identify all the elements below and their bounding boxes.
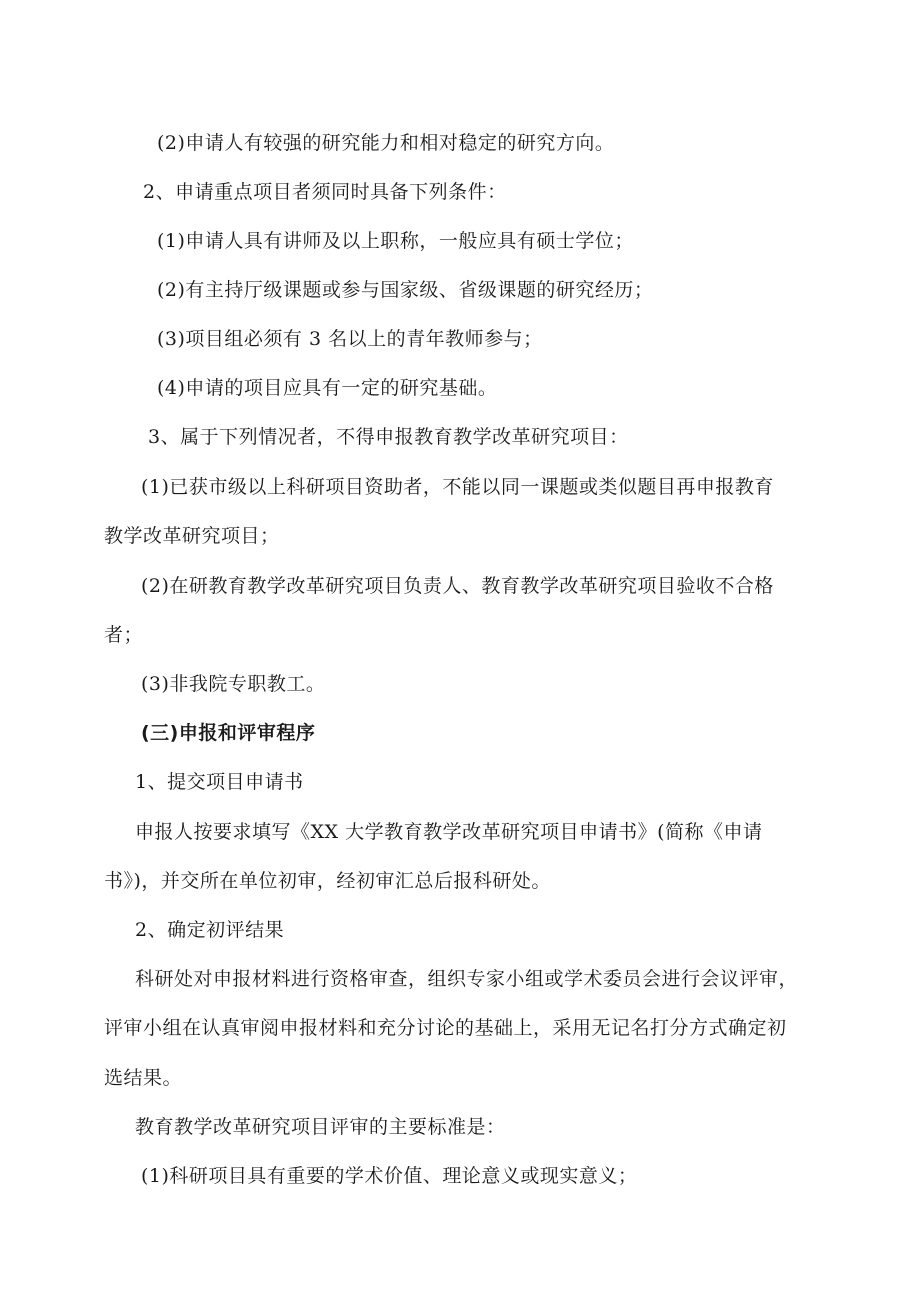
paragraph-line: (2)申请人有较强的研究能力和相对稳定的研究方向。	[157, 131, 614, 155]
paragraph-line: 2、确定初评结果	[135, 918, 284, 942]
paragraph-line: 选结果。	[104, 1066, 182, 1090]
paragraph-line: 申报人按要求填写《XX 大学教育教学改革研究项目申请书》(简称《申请	[135, 820, 763, 844]
paragraph-line: 教育教学改革研究项目评审的主要标准是：	[135, 1115, 506, 1139]
paragraph-line: 1、提交项目申请书	[135, 770, 304, 794]
paragraph-line: 评审小组在认真审阅申报材料和充分讨论的基础上，采用无记名打分方式确定初	[104, 1016, 787, 1040]
paragraph-line: 书》)，并交所在单位初审，经初审汇总后报科研处。	[104, 869, 551, 893]
paragraph-line: 2、申请重点项目者须同时具备下列条件：	[143, 180, 507, 204]
paragraph-line: (2)在研教育教学改革研究项目负责人、教育教学改革研究项目验收不合格	[141, 574, 774, 598]
paragraph-line: (1)科研项目具有重要的学术价值、理论意义或现实意义；	[141, 1164, 637, 1188]
section-heading: (三)申报和评审程序	[141, 721, 315, 745]
paragraph-line: (3)非我院专职教工。	[141, 672, 325, 696]
paragraph-line: (3)项目组必须有 3 名以上的青年教师参与；	[157, 327, 543, 351]
paragraph-line: 者；	[104, 623, 143, 647]
paragraph-line: (2)有主持厅级课题或参与国家级、省级课题的研究经历；	[157, 278, 653, 302]
paragraph-line: 3、属于下列情况者，不得申报教育教学改革研究项目：	[148, 425, 629, 449]
paragraph-line: (1)申请人具有讲师及以上职称，一般应具有硕士学位；	[157, 229, 634, 253]
paragraph-line: (1)已获市级以上科研项目资助者，不能以同一课题或类似题目再申报教育	[141, 475, 774, 499]
paragraph-line: (4)申请的项目应具有一定的研究基础。	[157, 376, 497, 400]
paragraph-line: 科研处对申报材料进行资格审查，组织专家小组或学术委员会进行会议评审，	[135, 967, 798, 991]
paragraph-line: 教学改革研究项目；	[104, 524, 280, 548]
